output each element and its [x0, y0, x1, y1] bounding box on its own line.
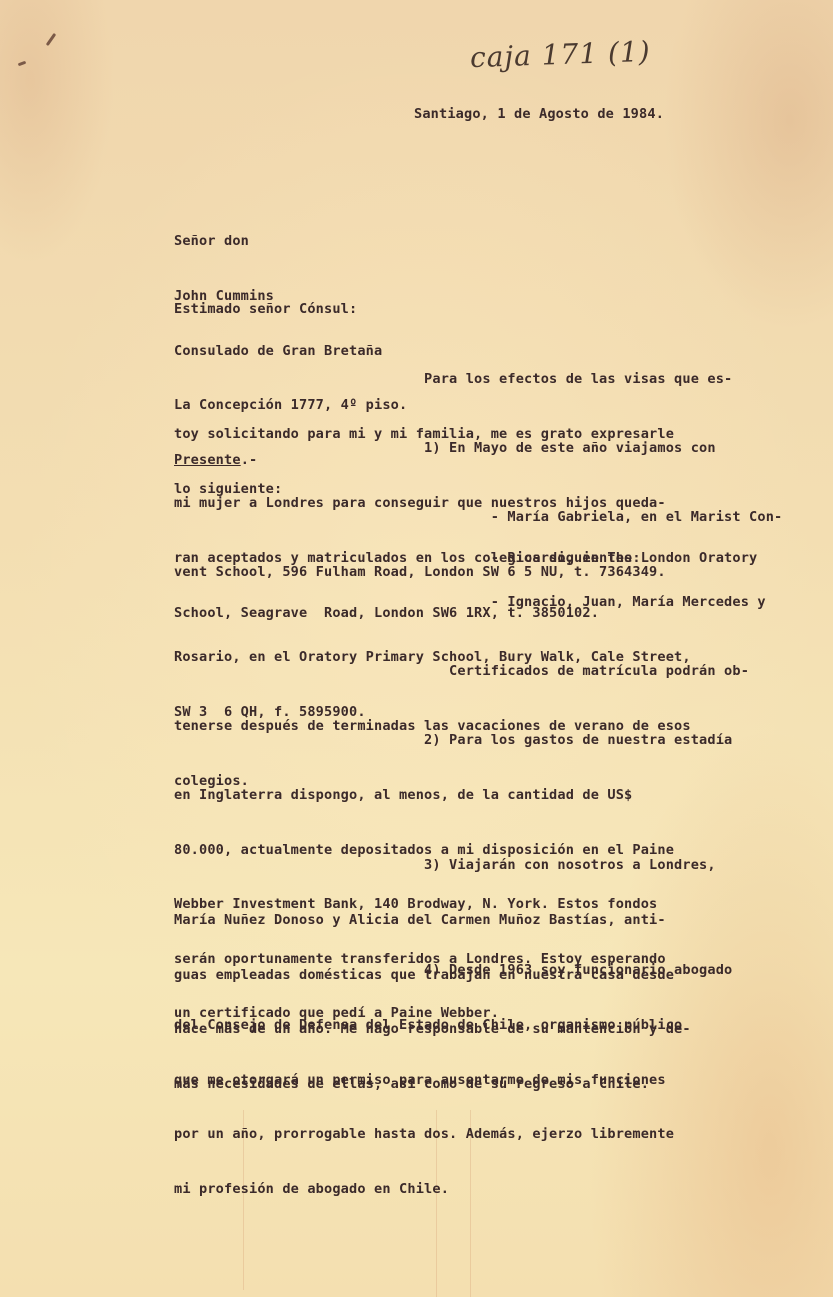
text-line: que me otorgará un permiso para ausentar…	[174, 1071, 732, 1089]
text-line: en Inglaterra dispongo, al menos, de la …	[174, 786, 732, 804]
text-line: del Consejo de Defensa del Estado de Chi…	[174, 1016, 732, 1034]
text-line: - Ignacio, Juan, María Mercedes y	[174, 593, 766, 611]
handwritten-archive-note: caja 171 (1)	[469, 35, 651, 74]
text-line: por un año, prorrogable hasta dos. Ademá…	[174, 1125, 732, 1143]
text-line: 2) Para los gastos de nuestra estadía	[174, 731, 732, 749]
text-line: Certificados de matrícula podrán ob-	[174, 662, 749, 680]
text-line: mi profesión de abogado en Chile.	[174, 1180, 732, 1198]
point-4-paragraph: 4) Desde 1963 soy funcionario abogado de…	[174, 925, 732, 1216]
text-line: 1) En Mayo de este año viajamos con	[174, 439, 716, 457]
recipient-line: Señor don	[174, 232, 407, 250]
date-line: Santiago, 1 de Agosto de 1984.	[414, 105, 664, 123]
text-line: 4) Desde 1963 soy funcionario abogado	[174, 961, 732, 979]
text-line: Para los efectos de las visas que es-	[174, 370, 732, 388]
salutation: Estimado señor Cónsul:	[174, 300, 357, 318]
text-line: 3) Viajarán con nosotros a Londres,	[174, 856, 716, 874]
